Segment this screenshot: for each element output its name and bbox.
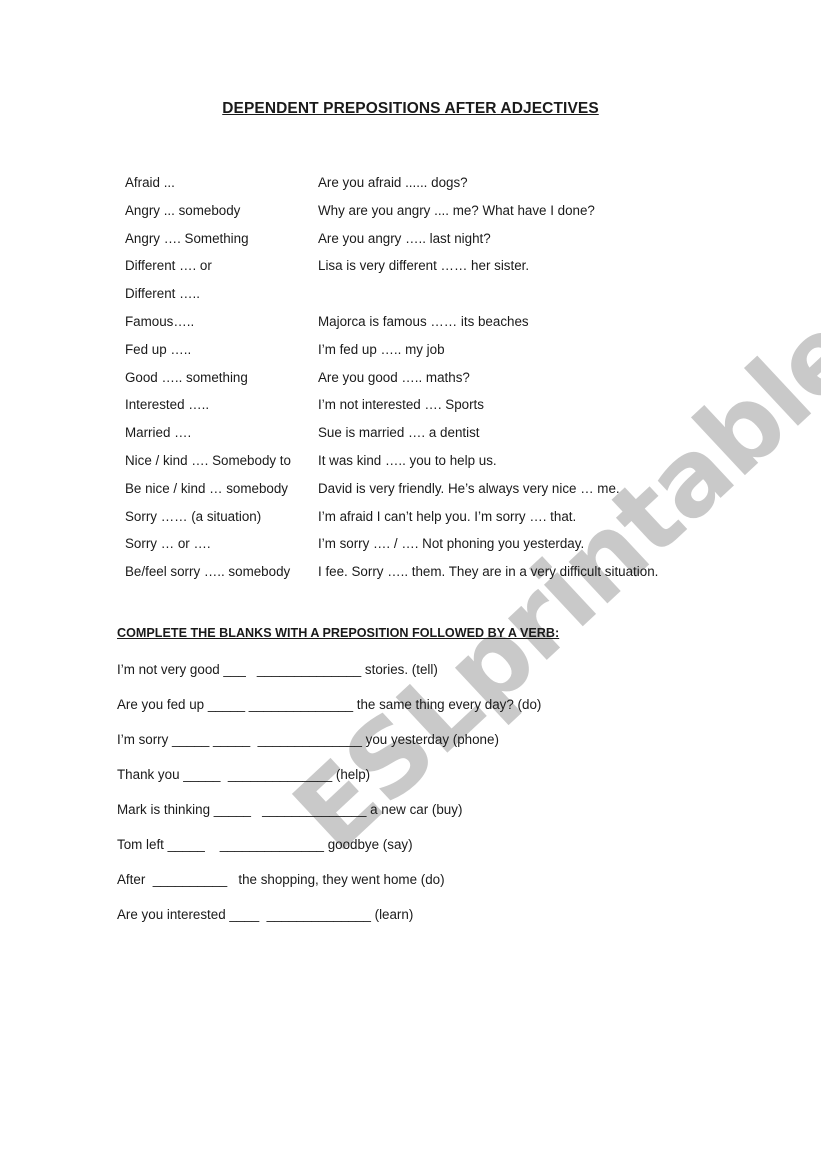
adjective-cell: Angry …. Something — [125, 229, 318, 257]
example-cell: Majorca is famous …… its beaches — [318, 312, 529, 340]
exercise-heading: COMPLETE THE BLANKS WITH A PREPOSITION F… — [117, 626, 559, 640]
adjective-cell: Nice / kind …. Somebody to — [125, 451, 318, 479]
adjective-cell: Be nice / kind … somebody — [125, 479, 318, 507]
table-row: Interested …..I’m not interested …. Spor… — [125, 395, 658, 423]
adjective-cell: Fed up ….. — [125, 340, 318, 368]
table-row: Different …. orLisa is very different ……… — [125, 256, 658, 284]
adjective-cell: Be/feel sorry ….. somebody — [125, 562, 318, 590]
adjective-cell: Interested ….. — [125, 395, 318, 423]
example-cell: I fee. Sorry ….. them. They are in a ver… — [318, 562, 658, 590]
exercise-item: I’m sorry _____ _____ ______________ you… — [117, 730, 541, 765]
page-title: DEPENDENT PREPOSITIONS AFTER ADJECTIVES — [0, 100, 821, 118]
exercise-item: Are you interested ____ ______________ (… — [117, 905, 541, 940]
exercise-item: Thank you _____ ______________ (help) — [117, 765, 541, 800]
example-cell: Why are you angry .... me? What have I d… — [318, 201, 595, 229]
table-row: Good ….. somethingAre you good ….. maths… — [125, 368, 658, 396]
table-row: Married ….Sue is married …. a dentist — [125, 423, 658, 451]
exercise-item: Are you fed up _____ ______________ the … — [117, 695, 541, 730]
prepositions-table: Afraid ...Are you afraid ...... dogs?Ang… — [125, 173, 658, 590]
adjective-cell: Sorry …… (a situation) — [125, 507, 318, 535]
adjective-cell: Different …. or — [125, 256, 318, 284]
table-row: Famous…..Majorca is famous …… its beache… — [125, 312, 658, 340]
example-cell: I’m not interested …. Sports — [318, 395, 484, 423]
worksheet-page: ESLprintables.com DEPENDENT PREPOSITIONS… — [0, 0, 821, 1161]
example-cell: It was kind ….. you to help us. — [318, 451, 497, 479]
table-row: Angry ... somebodyWhy are you angry ....… — [125, 201, 658, 229]
table-row: Be nice / kind … somebodyDavid is very f… — [125, 479, 658, 507]
adjective-cell: Good ….. something — [125, 368, 318, 396]
exercise-item: Mark is thinking _____ ______________ a … — [117, 800, 541, 835]
table-row: Sorry …… (a situation)I’m afraid I can’t… — [125, 507, 658, 535]
example-cell: Lisa is very different …… her sister. — [318, 256, 529, 284]
example-cell: I’m fed up ….. my job — [318, 340, 445, 368]
example-cell: I’m afraid I can’t help you. I’m sorry …… — [318, 507, 576, 535]
exercise-item: After __________ the shopping, they went… — [117, 870, 541, 905]
table-row: Afraid ...Are you afraid ...... dogs? — [125, 173, 658, 201]
table-row: Different ….. — [125, 284, 658, 312]
adjective-cell: Famous….. — [125, 312, 318, 340]
table-row: Nice / kind …. Somebody toIt was kind ….… — [125, 451, 658, 479]
exercise-item: Tom left _____ ______________ goodbye (s… — [117, 835, 541, 870]
adjective-cell: Sorry … or …. — [125, 534, 318, 562]
example-cell: Are you good ….. maths? — [318, 368, 470, 396]
adjective-cell: Married …. — [125, 423, 318, 451]
exercise-list: I’m not very good ___ ______________ sto… — [117, 660, 541, 940]
adjective-cell: Angry ... somebody — [125, 201, 318, 229]
adjective-cell: Afraid ... — [125, 173, 318, 201]
adjective-cell: Different ….. — [125, 284, 318, 312]
example-cell: Are you angry ….. last night? — [318, 229, 491, 257]
exercise-item: I’m not very good ___ ______________ sto… — [117, 660, 541, 695]
example-cell: Are you afraid ...... dogs? — [318, 173, 468, 201]
example-cell: David is very friendly. He’s always very… — [318, 479, 620, 507]
table-row: Angry …. SomethingAre you angry ….. last… — [125, 229, 658, 257]
table-row: Sorry … or ….I’m sorry …. / …. Not phoni… — [125, 534, 658, 562]
table-row: Fed up …..I’m fed up ….. my job — [125, 340, 658, 368]
example-cell: Sue is married …. a dentist — [318, 423, 480, 451]
table-row: Be/feel sorry ….. somebodyI fee. Sorry …… — [125, 562, 658, 590]
example-cell: I’m sorry …. / …. Not phoning you yester… — [318, 534, 584, 562]
